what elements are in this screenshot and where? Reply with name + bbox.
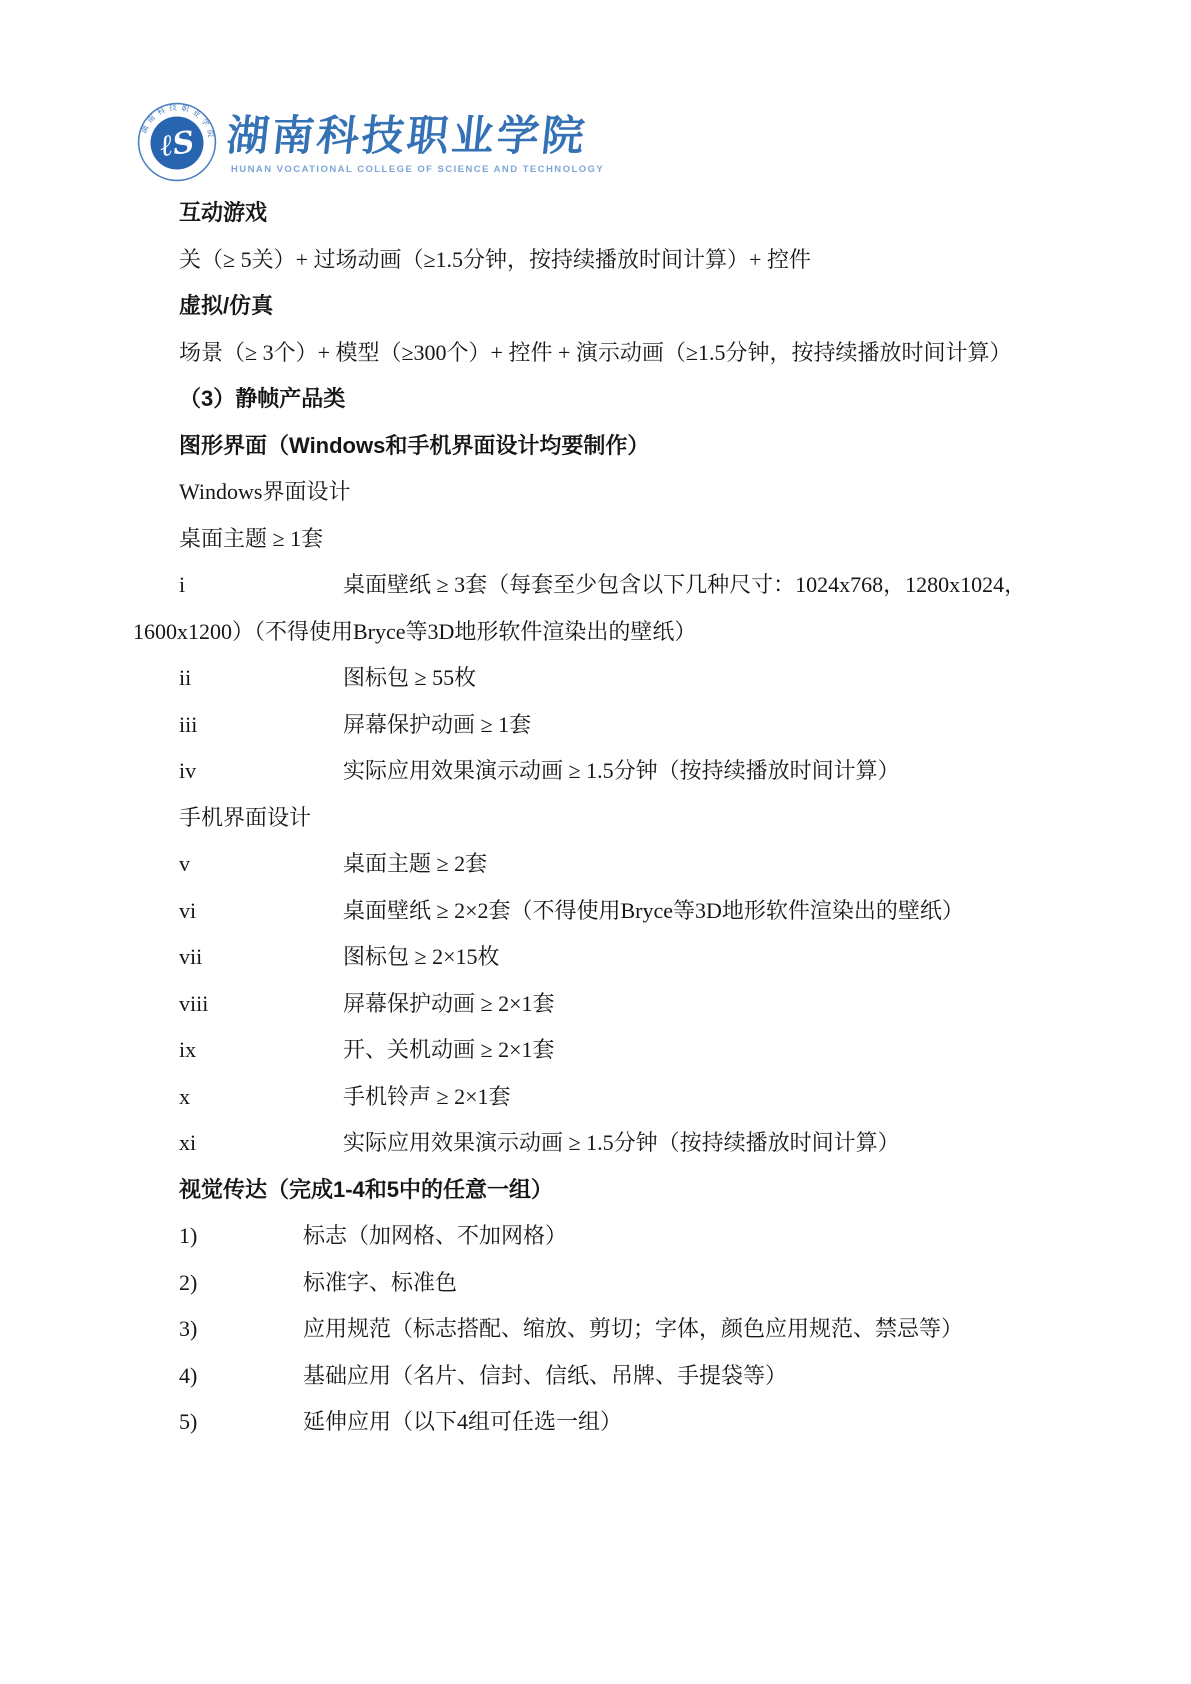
list-item: v桌面主题 ≥ 2套	[133, 841, 1061, 888]
list-item: iv实际应用效果演示动画 ≥ 1.5分钟（按持续播放时间计算）	[133, 748, 1061, 795]
item-text: 图标包 ≥ 55枚	[343, 665, 476, 690]
item-marker: 5)	[179, 1399, 303, 1446]
list-item: xi实际应用效果演示动画 ≥ 1.5分钟（按持续播放时间计算）	[133, 1120, 1061, 1167]
heading-visual-communication: 视觉传达（完成1-4和5中的任意一组）	[133, 1167, 1061, 1214]
item-marker: ii	[179, 655, 343, 702]
item-marker: vi	[179, 888, 343, 935]
item-text: 开、关机动画 ≥ 2×1套	[343, 1037, 554, 1062]
item-text: 桌面壁纸 ≥ 2×2套（不得使用Bryce等3D地形软件渲染出的壁纸）	[343, 898, 964, 923]
college-emblem-icon: 湖南科技职业学院 ℓS	[137, 102, 217, 182]
college-title-block: 湖南科技职业学院 HUNAN VOCATIONAL COLLEGE OF SCI…	[227, 102, 604, 175]
item-text: 屏幕保护动画 ≥ 1套	[343, 712, 531, 737]
item-marker: ix	[179, 1027, 343, 1074]
document-body: 互动游戏 关（≥ 5关）+ 过场动画（≥1.5分钟，按持续播放时间计算）+ 控件…	[133, 190, 1061, 1446]
college-header: 湖南科技职业学院 ℓS 湖南科技职业学院 HUNAN VOCATIONAL CO…	[137, 102, 604, 182]
list-item: i桌面壁纸 ≥ 3套（每套至少包含以下几种尺寸：1024x768，1280x10…	[133, 562, 1061, 655]
item-text: 手机铃声 ≥ 2×1套	[343, 1084, 510, 1109]
item-marker: 2)	[179, 1260, 303, 1307]
list-item: ii图标包 ≥ 55枚	[133, 655, 1061, 702]
line-desktop-theme: 桌面主题 ≥ 1套	[133, 516, 1061, 563]
item-text: 标志（加网格、不加网格）	[303, 1223, 567, 1248]
list-item: 3)应用规范（标志搭配、缩放、剪切；字体，颜色应用规范、禁忌等）	[133, 1306, 1061, 1353]
item-marker: 3)	[179, 1306, 303, 1353]
item-text: 延伸应用（以下4组可任选一组）	[303, 1409, 622, 1434]
college-emblem-monogram: ℓS	[158, 125, 197, 164]
list-item: 5)延伸应用（以下4组可任选一组）	[133, 1399, 1061, 1446]
item-text: 桌面主题 ≥ 2套	[343, 851, 487, 876]
list-item: vii图标包 ≥ 2×15枚	[133, 934, 1061, 981]
item-text: 实际应用效果演示动画 ≥ 1.5分钟（按持续播放时间计算）	[343, 758, 900, 783]
heading-virtual-simulation: 虚拟/仿真	[133, 283, 1061, 330]
body-virtual-simulation: 场景（≥ 3个）+ 模型（≥300个）+ 控件 + 演示动画（≥1.5分钟，按持…	[133, 330, 1061, 377]
list-item: 4)基础应用（名片、信封、信纸、吊牌、手提袋等）	[133, 1353, 1061, 1400]
body-interactive-game: 关（≥ 5关）+ 过场动画（≥1.5分钟，按持续播放时间计算）+ 控件	[133, 237, 1061, 284]
list-item: viii屏幕保护动画 ≥ 2×1套	[133, 981, 1061, 1028]
list-item: x手机铃声 ≥ 2×1套	[133, 1074, 1061, 1121]
heading-graphic-interface: 图形界面（Windows和手机界面设计均要制作）	[133, 423, 1061, 470]
item-marker: vii	[179, 934, 343, 981]
label-mobile-ui-design: 手机界面设计	[133, 795, 1061, 842]
item-text: 标准字、标准色	[303, 1270, 457, 1295]
item-marker: xi	[179, 1120, 343, 1167]
item-text: 应用规范（标志搭配、缩放、剪切；字体，颜色应用规范、禁忌等）	[303, 1316, 963, 1341]
list-item: iii屏幕保护动画 ≥ 1套	[133, 702, 1061, 749]
item-text: 基础应用（名片、信封、信纸、吊牌、手提袋等）	[303, 1363, 787, 1388]
item-marker: v	[179, 841, 343, 888]
item-text: 图标包 ≥ 2×15枚	[343, 944, 499, 969]
item-marker: iv	[179, 748, 343, 795]
item-marker: 1)	[179, 1213, 303, 1260]
heading-still-frame-category: （3）静帧产品类	[133, 376, 1061, 423]
item-text: 实际应用效果演示动画 ≥ 1.5分钟（按持续播放时间计算）	[343, 1130, 900, 1155]
item-text: 屏幕保护动画 ≥ 2×1套	[343, 991, 554, 1016]
college-name-calligraphy: 湖南科技职业学院	[224, 112, 606, 160]
heading-interactive-game: 互动游戏	[133, 190, 1061, 237]
item-marker: viii	[179, 981, 343, 1028]
list-item: ix开、关机动画 ≥ 2×1套	[133, 1027, 1061, 1074]
label-windows-ui-design: Windows界面设计	[133, 469, 1061, 516]
item-marker: 4)	[179, 1353, 303, 1400]
list-item: 2)标准字、标准色	[133, 1260, 1061, 1307]
list-item: vi桌面壁纸 ≥ 2×2套（不得使用Bryce等3D地形软件渲染出的壁纸）	[133, 888, 1061, 935]
list-item: 1)标志（加网格、不加网格）	[133, 1213, 1061, 1260]
item-marker: iii	[179, 702, 343, 749]
item-marker: i	[179, 562, 343, 609]
college-name-english: HUNAN VOCATIONAL COLLEGE OF SCIENCE AND …	[231, 164, 604, 175]
item-marker: x	[179, 1074, 343, 1121]
